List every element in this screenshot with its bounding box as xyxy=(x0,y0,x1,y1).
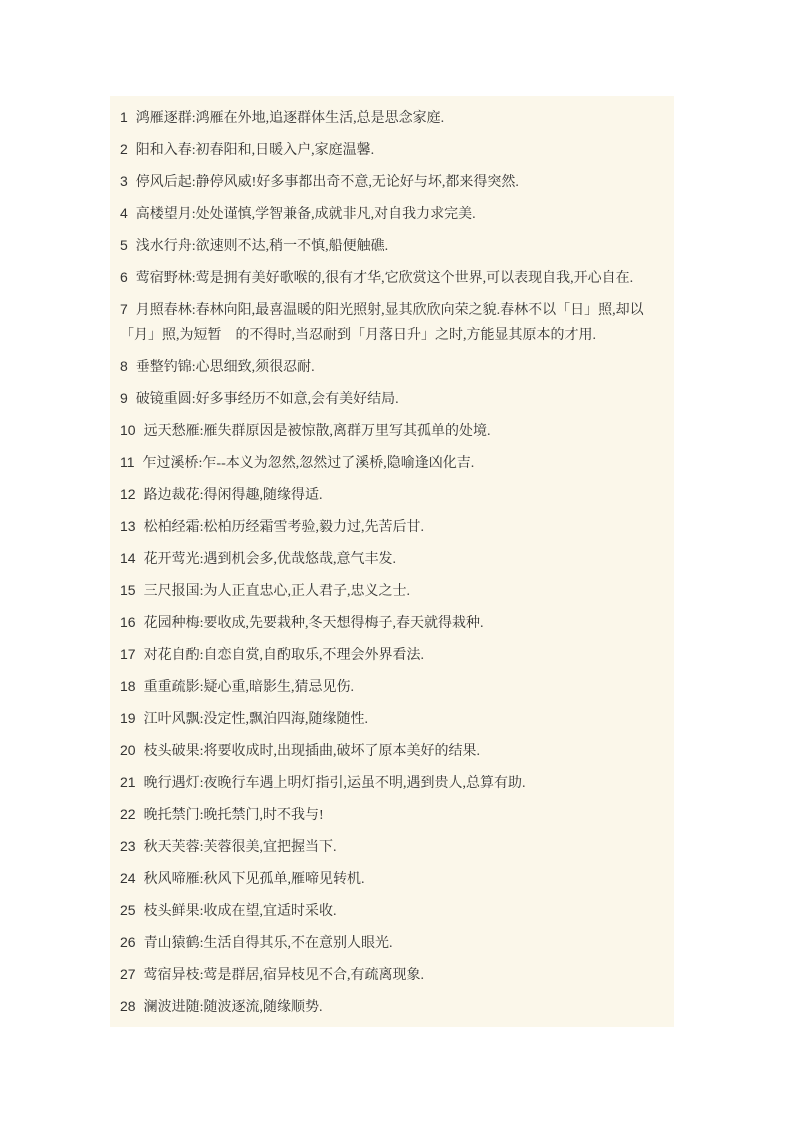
item-text: 对花自酌:自恋自赏,自酌取乐,不理会外界看法. xyxy=(144,648,424,663)
list-item: 3停风后起:静停风威!好多事都出奇不意,无论好与坏,都来得突然. xyxy=(120,169,664,195)
item-text: 松柏经霜:松柏历经霜雪考验,毅力过,先苦后甘. xyxy=(144,520,424,535)
list-item: 13松柏经霜:松柏历经霜雪考验,毅力过,先苦后甘. xyxy=(120,514,664,540)
item-number: 14 xyxy=(120,550,136,566)
item-text: 枝头鲜果:收成在望,宜适时采收. xyxy=(144,904,337,919)
item-text: 垂整钓锦:心思细致,须很忍耐. xyxy=(136,360,315,375)
item-number: 12 xyxy=(120,486,136,502)
item-text: 高楼望月:处处谨慎,学智兼备,成就非凡,对自我力求完美. xyxy=(136,207,476,222)
item-text: 莺宿野林:莺是拥有美好歌喉的,很有才华,它欣赏这个世界,可以表现自我,开心自在. xyxy=(136,271,633,286)
item-number: 28 xyxy=(120,998,136,1014)
item-text: 澜波进随:随波逐流,随缘顺势. xyxy=(144,1000,323,1015)
item-number: 3 xyxy=(120,173,128,189)
item-number: 2 xyxy=(120,141,128,157)
item-number: 5 xyxy=(120,237,128,253)
item-number: 27 xyxy=(120,966,136,982)
item-number: 11 xyxy=(120,454,135,470)
item-text: 秋天芙蓉:芙蓉很美,宜把握当下. xyxy=(144,840,337,855)
list-item: 16花园种梅:要收成,先要栽种,冬天想得梅子,春天就得栽种. xyxy=(120,610,664,636)
item-number: 26 xyxy=(120,934,136,950)
list-item: 5浅水行舟:欲速则不达,稍一不慎,船便触礁. xyxy=(120,233,664,259)
list-item: 27莺宿异枝:莺是群居,宿异枝见不合,有疏离现象. xyxy=(120,962,664,988)
list-item: 11乍过溪桥:乍--本义为忽然,忽然过了溪桥,隐喻逢凶化吉. xyxy=(120,450,664,476)
item-number: 21 xyxy=(120,774,136,790)
list-item: 20枝头破果:将要收成时,出现插曲,破坏了原本美好的结果. xyxy=(120,738,664,764)
list-item: 28澜波进随:随波逐流,随缘顺势. xyxy=(120,994,664,1020)
item-number: 25 xyxy=(120,902,136,918)
item-number: 9 xyxy=(120,390,128,406)
list-item: 26青山猿鹤:生活自得其乐,不在意别人眼光. xyxy=(120,930,664,956)
item-number: 24 xyxy=(120,870,136,886)
list-item: 18重重疏影:疑心重,暗影生,猜忌见伤. xyxy=(120,674,664,700)
item-number: 4 xyxy=(120,205,128,221)
item-text: 破镜重圆:好多事经历不如意,会有美好结局. xyxy=(136,392,399,407)
item-number: 20 xyxy=(120,742,136,758)
list-item: 6莺宿野林:莺是拥有美好歌喉的,很有才华,它欣赏这个世界,可以表现自我,开心自在… xyxy=(120,265,664,291)
list-item: 14花开莺光:遇到机会多,优哉悠哉,意气丰发. xyxy=(120,546,664,572)
list-item: 4高楼望月:处处谨慎,学智兼备,成就非凡,对自我力求完美. xyxy=(120,201,664,227)
list-item: 15三尺报国:为人正直忠心,正人君子,忠义之士. xyxy=(120,578,664,604)
item-text: 青山猿鹤:生活自得其乐,不在意别人眼光. xyxy=(144,936,393,951)
item-number: 22 xyxy=(120,806,136,822)
item-text: 江叶风飘:没定性,飘泊四海,随缘随性. xyxy=(144,712,368,727)
item-text: 莺宿异枝:莺是群居,宿异枝见不合,有疏离现象. xyxy=(144,968,424,983)
item-number: 15 xyxy=(120,582,136,598)
item-text: 月照春林:春林向阳,最喜温暖的阳光照射,显其欣欣向荣之貌.春林不以「日」照,却以… xyxy=(120,303,644,343)
item-number: 23 xyxy=(120,838,136,854)
item-number: 13 xyxy=(120,518,136,534)
document-page: 1鸿雁逐群:鸿雁在外地,追逐群体生活,总是思念家庭. 2阳和入春:初春阳和,日暖… xyxy=(0,0,793,1122)
list-item: 8垂整钓锦:心思细致,须很忍耐. xyxy=(120,354,664,380)
item-text: 枝头破果:将要收成时,出现插曲,破坏了原本美好的结果. xyxy=(144,744,480,759)
item-text: 三尺报国:为人正直忠心,正人君子,忠义之士. xyxy=(144,584,410,599)
item-number: 6 xyxy=(120,269,128,285)
item-text: 花开莺光:遇到机会多,优哉悠哉,意气丰发. xyxy=(144,552,396,567)
list-item: 24秋风啼雁:秋风下见孤单,雁啼见转机. xyxy=(120,866,664,892)
item-text: 鸿雁逐群:鸿雁在外地,追逐群体生活,总是思念家庭. xyxy=(136,111,444,126)
item-number: 18 xyxy=(120,678,136,694)
list-item: 10远天愁雁:雁失群原因是被惊散,离群万里写其孤单的处境. xyxy=(120,418,664,444)
list-item: 25枝头鲜果:收成在望,宜适时采收. xyxy=(120,898,664,924)
item-number: 7 xyxy=(120,301,128,317)
item-number: 19 xyxy=(120,710,136,726)
item-text: 远天愁雁:雁失群原因是被惊散,离群万里写其孤单的处境. xyxy=(144,424,491,439)
list-item: 23秋天芙蓉:芙蓉很美,宜把握当下. xyxy=(120,834,664,860)
item-number: 1 xyxy=(120,109,128,125)
list-item: 7月照春林:春林向阳,最喜温暖的阳光照射,显其欣欣向荣之貌.春林不以「日」照,却… xyxy=(120,297,664,348)
list-item: 19江叶风飘:没定性,飘泊四海,随缘随性. xyxy=(120,706,664,732)
list-item: 12路边裁花:得闲得趣,随缘得适. xyxy=(120,482,664,508)
item-text: 晚行遇灯:夜晚行车遇上明灯指引,运虽不明,遇到贵人,总算有助. xyxy=(144,776,526,791)
item-text: 浅水行舟:欲速则不达,稍一不慎,船便触礁. xyxy=(136,239,388,254)
list-item: 21晚行遇灯:夜晚行车遇上明灯指引,运虽不明,遇到贵人,总算有助. xyxy=(120,770,664,796)
item-number: 17 xyxy=(120,646,136,662)
list-item: 1鸿雁逐群:鸿雁在外地,追逐群体生活,总是思念家庭. xyxy=(120,105,664,131)
list-item: 17对花自酌:自恋自赏,自酌取乐,不理会外界看法. xyxy=(120,642,664,668)
list-item: 2阳和入春:初春阳和,日暖入户,家庭温馨. xyxy=(120,137,664,163)
item-text: 晚托禁门:晚托禁门,时不我与! xyxy=(144,808,324,823)
item-text: 花园种梅:要收成,先要栽种,冬天想得梅子,春天就得栽种. xyxy=(144,616,484,631)
item-number: 16 xyxy=(120,614,136,630)
item-text: 停风后起:静停风威!好多事都出奇不意,无论好与坏,都来得突然. xyxy=(136,175,519,190)
list-item: 9破镜重圆:好多事经历不如意,会有美好结局. xyxy=(120,386,664,412)
item-text: 路边裁花:得闲得趣,随缘得适. xyxy=(144,488,323,503)
item-text: 阳和入春:初春阳和,日暖入户,家庭温馨. xyxy=(136,143,374,158)
item-text: 秋风啼雁:秋风下见孤单,雁啼见转机. xyxy=(144,872,365,887)
numbered-list-panel: 1鸿雁逐群:鸿雁在外地,追逐群体生活,总是思念家庭. 2阳和入春:初春阳和,日暖… xyxy=(110,96,674,1027)
item-text: 乍过溪桥:乍--本义为忽然,忽然过了溪桥,隐喻逢凶化吉. xyxy=(143,456,475,471)
list-item: 22晚托禁门:晚托禁门,时不我与! xyxy=(120,802,664,828)
item-number: 10 xyxy=(120,422,136,438)
item-number: 8 xyxy=(120,358,128,374)
item-text: 重重疏影:疑心重,暗影生,猜忌见伤. xyxy=(144,680,354,695)
